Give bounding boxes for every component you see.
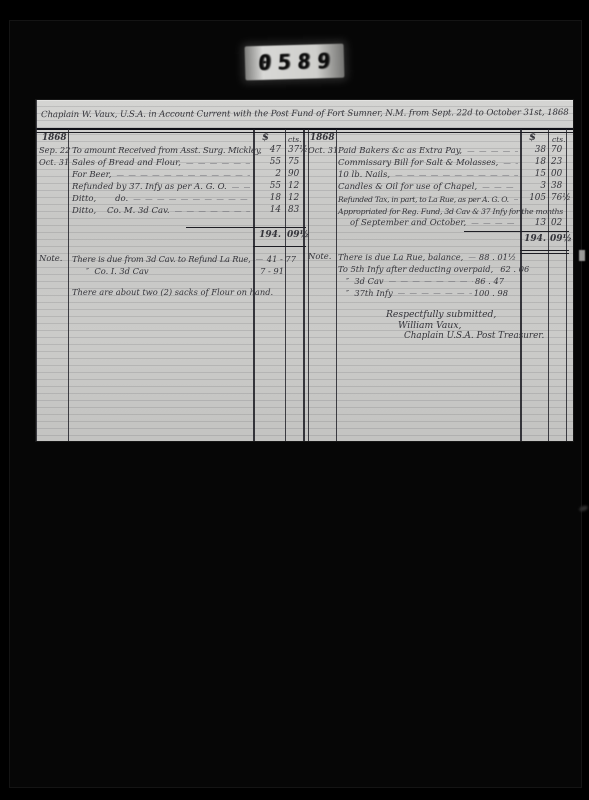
entry-description: 10 lb. Nails, (338, 170, 390, 180)
right-total-rule-bottom2 (520, 253, 569, 254)
dash-fill: — — — — — — — — — — — — — — — — — — — — … (468, 252, 477, 261)
entry-cents: 70 (551, 145, 562, 155)
left-total-cents: 09½ (287, 230, 309, 240)
left-total-rule-top (186, 227, 306, 228)
entry-cents: 23 (551, 157, 562, 167)
ledger-row: of September and October, — — — — — — — … (350, 217, 520, 228)
note-amount: 41 - 77 (267, 254, 296, 264)
entry-description: Appropriated for Reg. Fund, 3d Cav & 37 … (338, 207, 563, 216)
right-total-cents: 09½ (550, 234, 572, 244)
center-rule-b (308, 129, 309, 441)
note-text: ″ 3d Cav (346, 276, 384, 286)
ledger-row: Appropriated for Reg. Fund, 3d Cav & 37 … (338, 205, 553, 216)
entry-dollars: 47 (254, 145, 281, 155)
entry-cents: 02 (551, 218, 562, 228)
right-year: 1868 (310, 133, 334, 143)
left-date-column-rule (68, 129, 69, 441)
dash-fill: — — — — — — — — — — — — — — — — — — — — … (232, 182, 250, 191)
entry-dollars: 55 (254, 157, 281, 167)
dash-fill: — — — — — — — — — — — — — — — — — — — — … (482, 182, 518, 191)
entry-dollars: 55 (254, 181, 281, 191)
entry-dollars: 38 (521, 145, 546, 155)
entry-dollars: 18 (521, 157, 546, 167)
note-amount: 88 . 01½ (479, 252, 516, 262)
ledger-row: Ditto, do. — — — — — — — — — — — — — — —… (72, 193, 252, 204)
page-number-stamp: 0589 (245, 44, 345, 81)
dash-fill: — — — — — — — — — — — — — — — — — — — — … (133, 194, 250, 203)
entry-cents: 90 (288, 169, 299, 179)
ledger-paper: Chaplain W. Vaux, U.S.A. in Account Curr… (36, 100, 573, 441)
dash-fill: — — — — — — — — — — — — — — — — — — — — … (175, 206, 250, 215)
entry-description: Paid Bakers &c as Extra Pay, (338, 146, 462, 156)
dash-fill: — — — — — — — — — — — — — — — — — — — — … (116, 170, 250, 179)
dash-fill: — — — — — — — — — — — — — — — — — — — — … (503, 158, 518, 167)
left-total-rule-bottom (253, 246, 306, 247)
note-text: To 5th Infy after deducting overpaid, (338, 264, 493, 274)
right-date-column-rule (336, 129, 337, 441)
note-line: There is due La Rue, balance, — — — — — … (338, 251, 516, 262)
note-line: There is due from 3d Cav. to Refund La R… (72, 253, 296, 264)
dash-fill: — — — — — — — — — — — — — — — — — — — — … (398, 288, 472, 297)
note-amount: 86 . 47 (475, 276, 504, 286)
right-cents-header: cts. (552, 135, 565, 144)
entry-description: Candles & Oil for use of Chapel, (338, 182, 477, 192)
note-line: To 5th Infy after deducting overpaid, — … (338, 263, 508, 274)
ledger-row: Sales of Bread and Flour, — — — — — — — … (72, 157, 252, 168)
entry-dollars: 14 (254, 205, 281, 215)
ledger-row: Candles & Oil for use of Chapel, — — — —… (338, 181, 520, 192)
ledger-row: To amount Received from Asst. Surg. Mick… (72, 145, 252, 156)
left-dollar-header: $ (262, 132, 269, 143)
entry-description: Ditto, do. (72, 194, 128, 204)
note-text: There is due La Rue, balance, (338, 252, 463, 262)
entry-dollars: 105 (521, 193, 546, 203)
entry-dollars: 18 (254, 193, 281, 203)
right-dollar-header: $ (529, 132, 536, 143)
note-text: ″ 37th Infy (346, 288, 393, 298)
note-text: There is due from 3d Cav. to Refund La R… (72, 254, 251, 264)
center-rule-a (303, 129, 305, 441)
right-total-rule-top (464, 231, 569, 232)
dash-fill: — — — — — — — — — — — — — — — — — — — — … (186, 158, 250, 167)
entry-cents: 76½ (551, 193, 571, 203)
right-edge-inner-rule (566, 129, 567, 441)
entry-cents: 12 (288, 193, 299, 203)
entry-date: Sep. 22 (39, 145, 70, 155)
page-number-digits: 0589 (252, 49, 338, 75)
note-line: There are about two (2) sacks of Flour o… (72, 286, 292, 297)
entry-description: Refunded Tax, in part, to La Rue, as per… (338, 195, 509, 204)
entry-date: Oct. 31 (308, 145, 338, 155)
ledger-row: Refunded by 37. Infy as per A. G. O. — —… (72, 181, 252, 192)
ledger-row: 10 lb. Nails, — — — — — — — — — — — — — … (338, 169, 520, 180)
dash-fill: — — — — — — — — — — — — — — — — — — — — … (514, 194, 518, 203)
entry-date: Oct. 31 (39, 157, 69, 167)
film-edge-artifact (579, 250, 585, 261)
note-amount: 7 - 91 (260, 266, 284, 276)
dash-fill: — — — — — — — — — — — — — — — — — — — — … (467, 146, 518, 155)
entry-cents: 12 (288, 181, 299, 191)
signature-title: Chaplain U.S.A. Post Treasurer. (404, 331, 544, 341)
entry-description: To amount Received from Asst. Surg. Mick… (72, 146, 262, 156)
left-year: 1868 (42, 133, 66, 143)
entry-cents: 75 (288, 157, 299, 167)
note-text: There are about two (2) sacks of Flour o… (72, 287, 273, 297)
paper-left-edge-rule (36, 100, 37, 441)
entry-cents: 00 (551, 169, 562, 179)
dash-fill: — — — — — — — — — — — — — — — — — — — — … (389, 276, 473, 285)
entry-description: For Beer, (72, 170, 111, 180)
note-line: ″ Co. I. 3d Cav — — — — — — — — — — — — … (86, 265, 284, 276)
ledger-row: Commissary Bill for Salt & Molasses, — —… (338, 157, 520, 168)
entry-cents: 83 (288, 205, 299, 215)
ledger-row: Ditto, Co. M. 3d Cav. — — — — — — — — — … (72, 205, 252, 216)
ledger-row: Refunded Tax, in part, to La Rue, as per… (338, 193, 520, 204)
note-line: ″ 37th Infy — — — — — — — — — — — — — — … (346, 287, 508, 298)
signature-salutation: Respectfully submitted, (386, 309, 496, 320)
dash-fill: — — — — — — — — — — — — — — — — — — — — … (154, 266, 258, 275)
entry-description: Refunded by 37. Infy as per A. G. O. (72, 182, 227, 192)
entry-dollars: 13 (521, 218, 546, 228)
left-cents-header: cts. (288, 135, 301, 144)
ledger-title: Chaplain W. Vaux, U.S.A. in Account Curr… (41, 108, 569, 125)
entry-description: Ditto, Co. M. 3d Cav. (72, 206, 170, 216)
entry-description-continued: of September and October, (350, 218, 466, 228)
dash-fill: — — — — — — — — — — — — — — — — — — — — … (395, 170, 518, 179)
entry-cents: 38 (551, 181, 562, 191)
signature-name: William Vaux, (398, 320, 461, 331)
right-note-label: Note. (308, 251, 331, 261)
entry-description: Sales of Bread and Flour, (72, 158, 181, 168)
entry-dollars: 3 (521, 181, 546, 191)
note-amount: 62 . 06 (500, 264, 529, 274)
microfilm-scan: { "stamp": { "digits": "0589" }, "ledger… (0, 0, 589, 800)
dash-fill: — — — — — — — — — — — — — — — — — — — — … (471, 218, 518, 227)
ledger-row: Paid Bakers &c as Extra Pay, — — — — — —… (338, 145, 520, 156)
left-note-label: Note. (39, 253, 62, 263)
entry-cents: 37½ (288, 145, 308, 155)
note-line: ″ 3d Cav — — — — — — — — — — — — — — — —… (346, 275, 504, 286)
entry-dollars: 2 (254, 169, 281, 179)
ledger-row: For Beer, — — — — — — — — — — — — — — — … (72, 169, 252, 180)
note-text: ″ Co. I. 3d Cav (86, 266, 149, 276)
note-amount: 100 . 98 (474, 288, 508, 298)
left-total-dollars: 194. (248, 230, 281, 240)
entry-description: Commissary Bill for Salt & Molasses, (338, 158, 498, 168)
left-cents-column-rule (285, 129, 286, 441)
right-total-dollars: 194. (515, 234, 546, 244)
dash-fill: — — — — — — — — — — — — — — — — — — — — … (256, 254, 265, 263)
right-cents-column-rule (548, 129, 549, 441)
entry-dollars: 15 (521, 169, 546, 179)
right-total-rule-bottom (520, 250, 569, 251)
